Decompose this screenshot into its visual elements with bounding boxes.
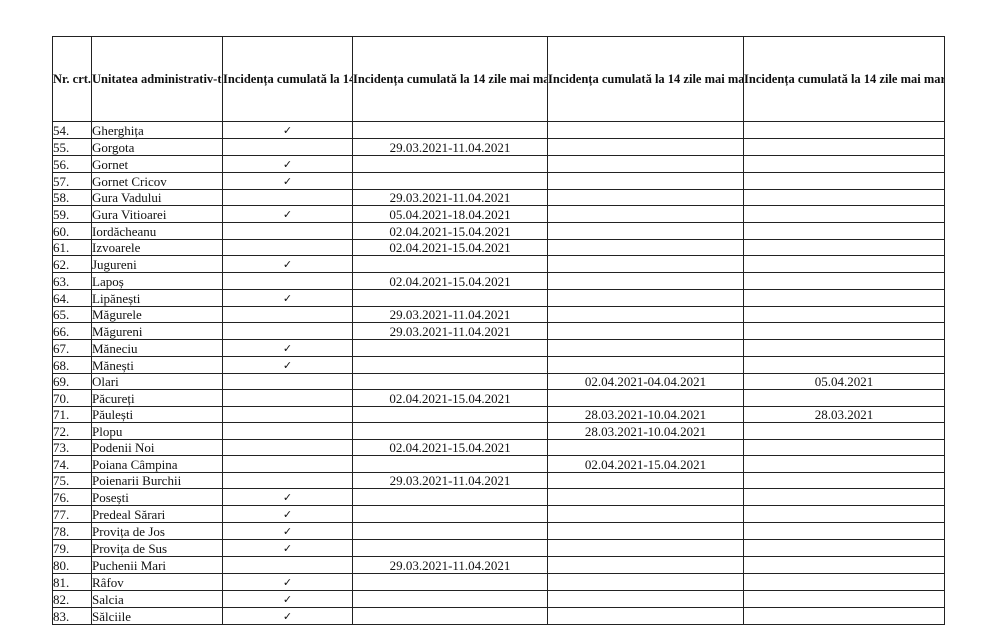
start-date-4-to-7-5 [744, 356, 945, 373]
unit-name: Lapoș [92, 273, 223, 290]
row-number: 62. [53, 256, 92, 273]
incidence-low-cell [223, 472, 353, 489]
period-3-to-4 [548, 472, 744, 489]
incidence-low-cell: ✓ [223, 540, 353, 557]
checkmark-icon: ✓ [283, 610, 292, 623]
start-date-4-to-7-5 [744, 557, 945, 574]
incidence-low-cell [223, 273, 353, 290]
row-number: 57. [53, 172, 92, 189]
start-date-4-to-7-5 [744, 540, 945, 557]
checkmark-icon: ✓ [283, 593, 292, 606]
period-1-5-to-3 [353, 406, 548, 423]
table-row: 59.Gura Vitioarei✓05.04.2021-18.04.2021 [53, 206, 945, 223]
period-3-to-4 [548, 172, 744, 189]
table-row: 67.Măneciu✓ [53, 339, 945, 356]
table-row: 79.Provița de Sus✓ [53, 540, 945, 557]
table-row: 58.Gura Vadului29.03.2021-11.04.2021 [53, 189, 945, 206]
start-date-4-to-7-5 [744, 339, 945, 356]
row-number: 66. [53, 323, 92, 340]
period-1-5-to-3 [353, 122, 548, 139]
row-number: 75. [53, 472, 92, 489]
period-1-5-to-3: 29.03.2021-11.04.2021 [353, 306, 548, 323]
period-3-to-4 [548, 122, 744, 139]
row-number: 59. [53, 206, 92, 223]
start-date-4-to-7-5 [744, 472, 945, 489]
row-number: 79. [53, 540, 92, 557]
unit-name: Jugureni [92, 256, 223, 273]
period-3-to-4 [548, 239, 744, 256]
start-date-4-to-7-5 [744, 523, 945, 540]
table-row: 70.Păcureți02.04.2021-15.04.2021 [53, 390, 945, 407]
header-incidence-low: Incidența cumulată la 14 zile mai mică s… [223, 37, 353, 122]
table-row: 73.Podenii Noi02.04.2021-15.04.2021 [53, 439, 945, 456]
table-row: 63.Lapoș02.04.2021-15.04.2021 [53, 273, 945, 290]
period-1-5-to-3: 29.03.2021-11.04.2021 [353, 139, 548, 156]
period-3-to-4 [548, 306, 744, 323]
row-number: 72. [53, 423, 92, 440]
start-date-4-to-7-5 [744, 423, 945, 440]
unit-name: Măgurele [92, 306, 223, 323]
period-1-5-to-3: 29.03.2021-11.04.2021 [353, 557, 548, 574]
period-1-5-to-3: 29.03.2021-11.04.2021 [353, 323, 548, 340]
table-row: 80.Puchenii Mari29.03.2021-11.04.2021 [53, 557, 945, 574]
period-3-to-4 [548, 289, 744, 306]
table-row: 72.Plopu28.03.2021-10.04.2021 [53, 423, 945, 440]
table-row: 78.Provița de Jos✓ [53, 523, 945, 540]
table-body: 54.Gherghița✓55.Gorgota29.03.2021-11.04.… [53, 122, 945, 625]
period-3-to-4 [548, 489, 744, 506]
period-3-to-4 [548, 189, 744, 206]
row-number: 80. [53, 557, 92, 574]
incidence-low-cell [223, 557, 353, 574]
period-1-5-to-3 [353, 540, 548, 557]
period-1-5-to-3: 02.04.2021-15.04.2021 [353, 390, 548, 407]
start-date-4-to-7-5 [744, 273, 945, 290]
incidence-low-cell: ✓ [223, 506, 353, 523]
period-1-5-to-3 [353, 172, 548, 189]
row-number: 61. [53, 239, 92, 256]
period-1-5-to-3 [353, 356, 548, 373]
incidence-low-cell [223, 439, 353, 456]
start-date-4-to-7-5 [744, 390, 945, 407]
table-row: 54.Gherghița✓ [53, 122, 945, 139]
table-row: 81.Râfov✓ [53, 573, 945, 590]
start-date-4-to-7-5 [744, 139, 945, 156]
period-3-to-4 [548, 390, 744, 407]
row-number: 73. [53, 439, 92, 456]
unit-name: Gorgota [92, 139, 223, 156]
checkmark-icon: ✓ [283, 576, 292, 589]
start-date-4-to-7-5 [744, 223, 945, 240]
period-1-5-to-3 [353, 289, 548, 306]
incidence-low-cell: ✓ [223, 339, 353, 356]
row-number: 76. [53, 489, 92, 506]
period-1-5-to-3 [353, 607, 548, 624]
unit-name: Provița de Sus [92, 540, 223, 557]
period-1-5-to-3: 02.04.2021-15.04.2021 [353, 439, 548, 456]
unit-name: Salcia [92, 590, 223, 607]
period-3-to-4 [548, 523, 744, 540]
unit-name: Posești [92, 489, 223, 506]
incidence-low-cell: ✓ [223, 607, 353, 624]
period-1-5-to-3: 02.04.2021-15.04.2021 [353, 273, 548, 290]
header-nr: Nr. crt. [53, 37, 92, 122]
checkmark-icon: ✓ [283, 292, 292, 305]
row-number: 65. [53, 306, 92, 323]
period-1-5-to-3 [353, 373, 548, 390]
start-date-4-to-7-5: 05.04.2021 [744, 373, 945, 390]
period-1-5-to-3 [353, 489, 548, 506]
table-row: 60.Iordăcheanu02.04.2021-15.04.2021 [53, 223, 945, 240]
period-1-5-to-3 [353, 590, 548, 607]
start-date-4-to-7-5: 28.03.2021 [744, 406, 945, 423]
row-number: 68. [53, 356, 92, 373]
row-number: 60. [53, 223, 92, 240]
period-3-to-4 [548, 223, 744, 240]
row-number: 56. [53, 155, 92, 172]
start-date-4-to-7-5 [744, 172, 945, 189]
unit-name: Râfov [92, 573, 223, 590]
unit-name: Podenii Noi [92, 439, 223, 456]
header-incidence-3-to-4: Incidența cumulată la 14 zile mai mare d… [548, 37, 744, 122]
unit-name: Provița de Jos [92, 523, 223, 540]
checkmark-icon: ✓ [283, 342, 292, 355]
unit-name: Gherghița [92, 122, 223, 139]
incidence-low-cell: ✓ [223, 356, 353, 373]
period-1-5-to-3: 29.03.2021-11.04.2021 [353, 472, 548, 489]
period-3-to-4 [548, 139, 744, 156]
incidence-low-cell [223, 139, 353, 156]
checkmark-icon: ✓ [283, 491, 292, 504]
start-date-4-to-7-5 [744, 607, 945, 624]
period-1-5-to-3 [353, 155, 548, 172]
incidence-low-cell [223, 239, 353, 256]
table-row: 57.Gornet Cricov✓ [53, 172, 945, 189]
unit-name: Păulești [92, 406, 223, 423]
start-date-4-to-7-5 [744, 189, 945, 206]
row-number: 70. [53, 390, 92, 407]
unit-name: Gura Vitioarei [92, 206, 223, 223]
period-3-to-4 [548, 356, 744, 373]
checkmark-icon: ✓ [283, 359, 292, 372]
row-number: 55. [53, 139, 92, 156]
unit-name: Mănești [92, 356, 223, 373]
unit-name: Păcureți [92, 390, 223, 407]
row-number: 71. [53, 406, 92, 423]
period-1-5-to-3: 02.04.2021-15.04.2021 [353, 223, 548, 240]
start-date-4-to-7-5 [744, 456, 945, 473]
incidence-low-cell [223, 406, 353, 423]
unit-name: Gornet Cricov [92, 172, 223, 189]
incidence-low-cell: ✓ [223, 489, 353, 506]
start-date-4-to-7-5 [744, 323, 945, 340]
start-date-4-to-7-5 [744, 206, 945, 223]
unit-name: Sălciile [92, 607, 223, 624]
period-3-to-4: 02.04.2021-15.04.2021 [548, 456, 744, 473]
table-row: 71.Păulești28.03.2021-10.04.202128.03.20… [53, 406, 945, 423]
incidence-low-cell [223, 223, 353, 240]
row-number: 69. [53, 373, 92, 390]
row-number: 64. [53, 289, 92, 306]
start-date-4-to-7-5 [744, 306, 945, 323]
incidence-low-cell [223, 306, 353, 323]
period-1-5-to-3: 05.04.2021-18.04.2021 [353, 206, 548, 223]
incidence-low-cell [223, 189, 353, 206]
incidence-low-cell: ✓ [223, 590, 353, 607]
period-1-5-to-3 [353, 573, 548, 590]
incidence-low-cell: ✓ [223, 155, 353, 172]
start-date-4-to-7-5 [744, 155, 945, 172]
incidence-low-cell [223, 373, 353, 390]
period-3-to-4 [548, 323, 744, 340]
start-date-4-to-7-5 [744, 122, 945, 139]
incidence-low-cell [223, 423, 353, 440]
unit-name: Gornet [92, 155, 223, 172]
table-row: 64.Lipănești✓ [53, 289, 945, 306]
start-date-4-to-7-5 [744, 239, 945, 256]
unit-name: Predeal Sărari [92, 506, 223, 523]
table-row: 68.Mănești✓ [53, 356, 945, 373]
start-date-4-to-7-5 [744, 439, 945, 456]
table-row: 76.Posești✓ [53, 489, 945, 506]
start-date-4-to-7-5 [744, 590, 945, 607]
period-3-to-4 [548, 573, 744, 590]
table-row: 75.Poienarii Burchii29.03.2021-11.04.202… [53, 472, 945, 489]
period-1-5-to-3 [353, 339, 548, 356]
incidence-low-cell: ✓ [223, 289, 353, 306]
unit-name: Lipănești [92, 289, 223, 306]
unit-name: Poiana Câmpina [92, 456, 223, 473]
incidence-table: Nr. crt. Unitatea administrativ-teritori… [52, 36, 945, 625]
period-1-5-to-3 [353, 423, 548, 440]
period-1-5-to-3: 02.04.2021-15.04.2021 [353, 239, 548, 256]
unit-name: Olari [92, 373, 223, 390]
incidence-low-cell: ✓ [223, 122, 353, 139]
unit-name: Măneciu [92, 339, 223, 356]
table-row: 82.Salcia✓ [53, 590, 945, 607]
start-date-4-to-7-5 [744, 489, 945, 506]
row-number: 78. [53, 523, 92, 540]
incidence-low-cell [223, 390, 353, 407]
unit-name: Iordăcheanu [92, 223, 223, 240]
row-number: 54. [53, 122, 92, 139]
incidence-low-cell: ✓ [223, 573, 353, 590]
checkmark-icon: ✓ [283, 124, 292, 137]
checkmark-icon: ✓ [283, 258, 292, 271]
period-3-to-4 [548, 273, 744, 290]
incidence-low-cell: ✓ [223, 172, 353, 189]
header-incidence-4-to-7-5: Incidența cumulată la 14 zile mai mare d… [744, 37, 945, 122]
period-1-5-to-3 [353, 456, 548, 473]
period-3-to-4: 02.04.2021-04.04.2021 [548, 373, 744, 390]
row-number: 83. [53, 607, 92, 624]
table-row: 69.Olari02.04.2021-04.04.202105.04.2021 [53, 373, 945, 390]
start-date-4-to-7-5 [744, 256, 945, 273]
checkmark-icon: ✓ [283, 175, 292, 188]
row-number: 81. [53, 573, 92, 590]
checkmark-icon: ✓ [283, 542, 292, 555]
unit-name: Măgureni [92, 323, 223, 340]
table-row: 65.Măgurele29.03.2021-11.04.2021 [53, 306, 945, 323]
period-1-5-to-3 [353, 256, 548, 273]
period-3-to-4 [548, 607, 744, 624]
period-3-to-4 [548, 256, 744, 273]
checkmark-icon: ✓ [283, 508, 292, 521]
incidence-low-cell: ✓ [223, 206, 353, 223]
table-row: 55.Gorgota29.03.2021-11.04.2021 [53, 139, 945, 156]
row-number: 63. [53, 273, 92, 290]
period-3-to-4 [548, 590, 744, 607]
table-row: 62.Jugureni✓ [53, 256, 945, 273]
row-number: 58. [53, 189, 92, 206]
unit-name: Izvoarele [92, 239, 223, 256]
row-number: 77. [53, 506, 92, 523]
start-date-4-to-7-5 [744, 289, 945, 306]
checkmark-icon: ✓ [283, 525, 292, 538]
table-row: 61.Izvoarele02.04.2021-15.04.2021 [53, 239, 945, 256]
row-number: 82. [53, 590, 92, 607]
header-incidence-1-5-to-3: Incidența cumulată la 14 zile mai mare d… [353, 37, 548, 122]
header-unit: Unitatea administrativ-teritorială [92, 37, 223, 122]
table-row: 83.Sălciile✓ [53, 607, 945, 624]
period-1-5-to-3 [353, 506, 548, 523]
period-3-to-4 [548, 540, 744, 557]
unit-name: Plopu [92, 423, 223, 440]
unit-name: Gura Vadului [92, 189, 223, 206]
incidence-low-cell [223, 456, 353, 473]
period-3-to-4 [548, 557, 744, 574]
row-number: 74. [53, 456, 92, 473]
unit-name: Puchenii Mari [92, 557, 223, 574]
period-3-to-4: 28.03.2021-10.04.2021 [548, 423, 744, 440]
row-number: 67. [53, 339, 92, 356]
period-3-to-4: 28.03.2021-10.04.2021 [548, 406, 744, 423]
period-1-5-to-3 [353, 523, 548, 540]
period-1-5-to-3: 29.03.2021-11.04.2021 [353, 189, 548, 206]
start-date-4-to-7-5 [744, 506, 945, 523]
period-3-to-4 [548, 439, 744, 456]
period-3-to-4 [548, 339, 744, 356]
start-date-4-to-7-5 [744, 573, 945, 590]
incidence-low-cell [223, 323, 353, 340]
table-row: 77.Predeal Sărari✓ [53, 506, 945, 523]
checkmark-icon: ✓ [283, 158, 292, 171]
table-row: 66.Măgureni29.03.2021-11.04.2021 [53, 323, 945, 340]
incidence-low-cell: ✓ [223, 256, 353, 273]
period-3-to-4 [548, 506, 744, 523]
period-3-to-4 [548, 155, 744, 172]
period-3-to-4 [548, 206, 744, 223]
checkmark-icon: ✓ [283, 208, 292, 221]
incidence-low-cell: ✓ [223, 523, 353, 540]
table-row: 74.Poiana Câmpina02.04.2021-15.04.2021 [53, 456, 945, 473]
unit-name: Poienarii Burchii [92, 472, 223, 489]
header-row: Nr. crt. Unitatea administrativ-teritori… [53, 37, 945, 122]
table-row: 56.Gornet✓ [53, 155, 945, 172]
